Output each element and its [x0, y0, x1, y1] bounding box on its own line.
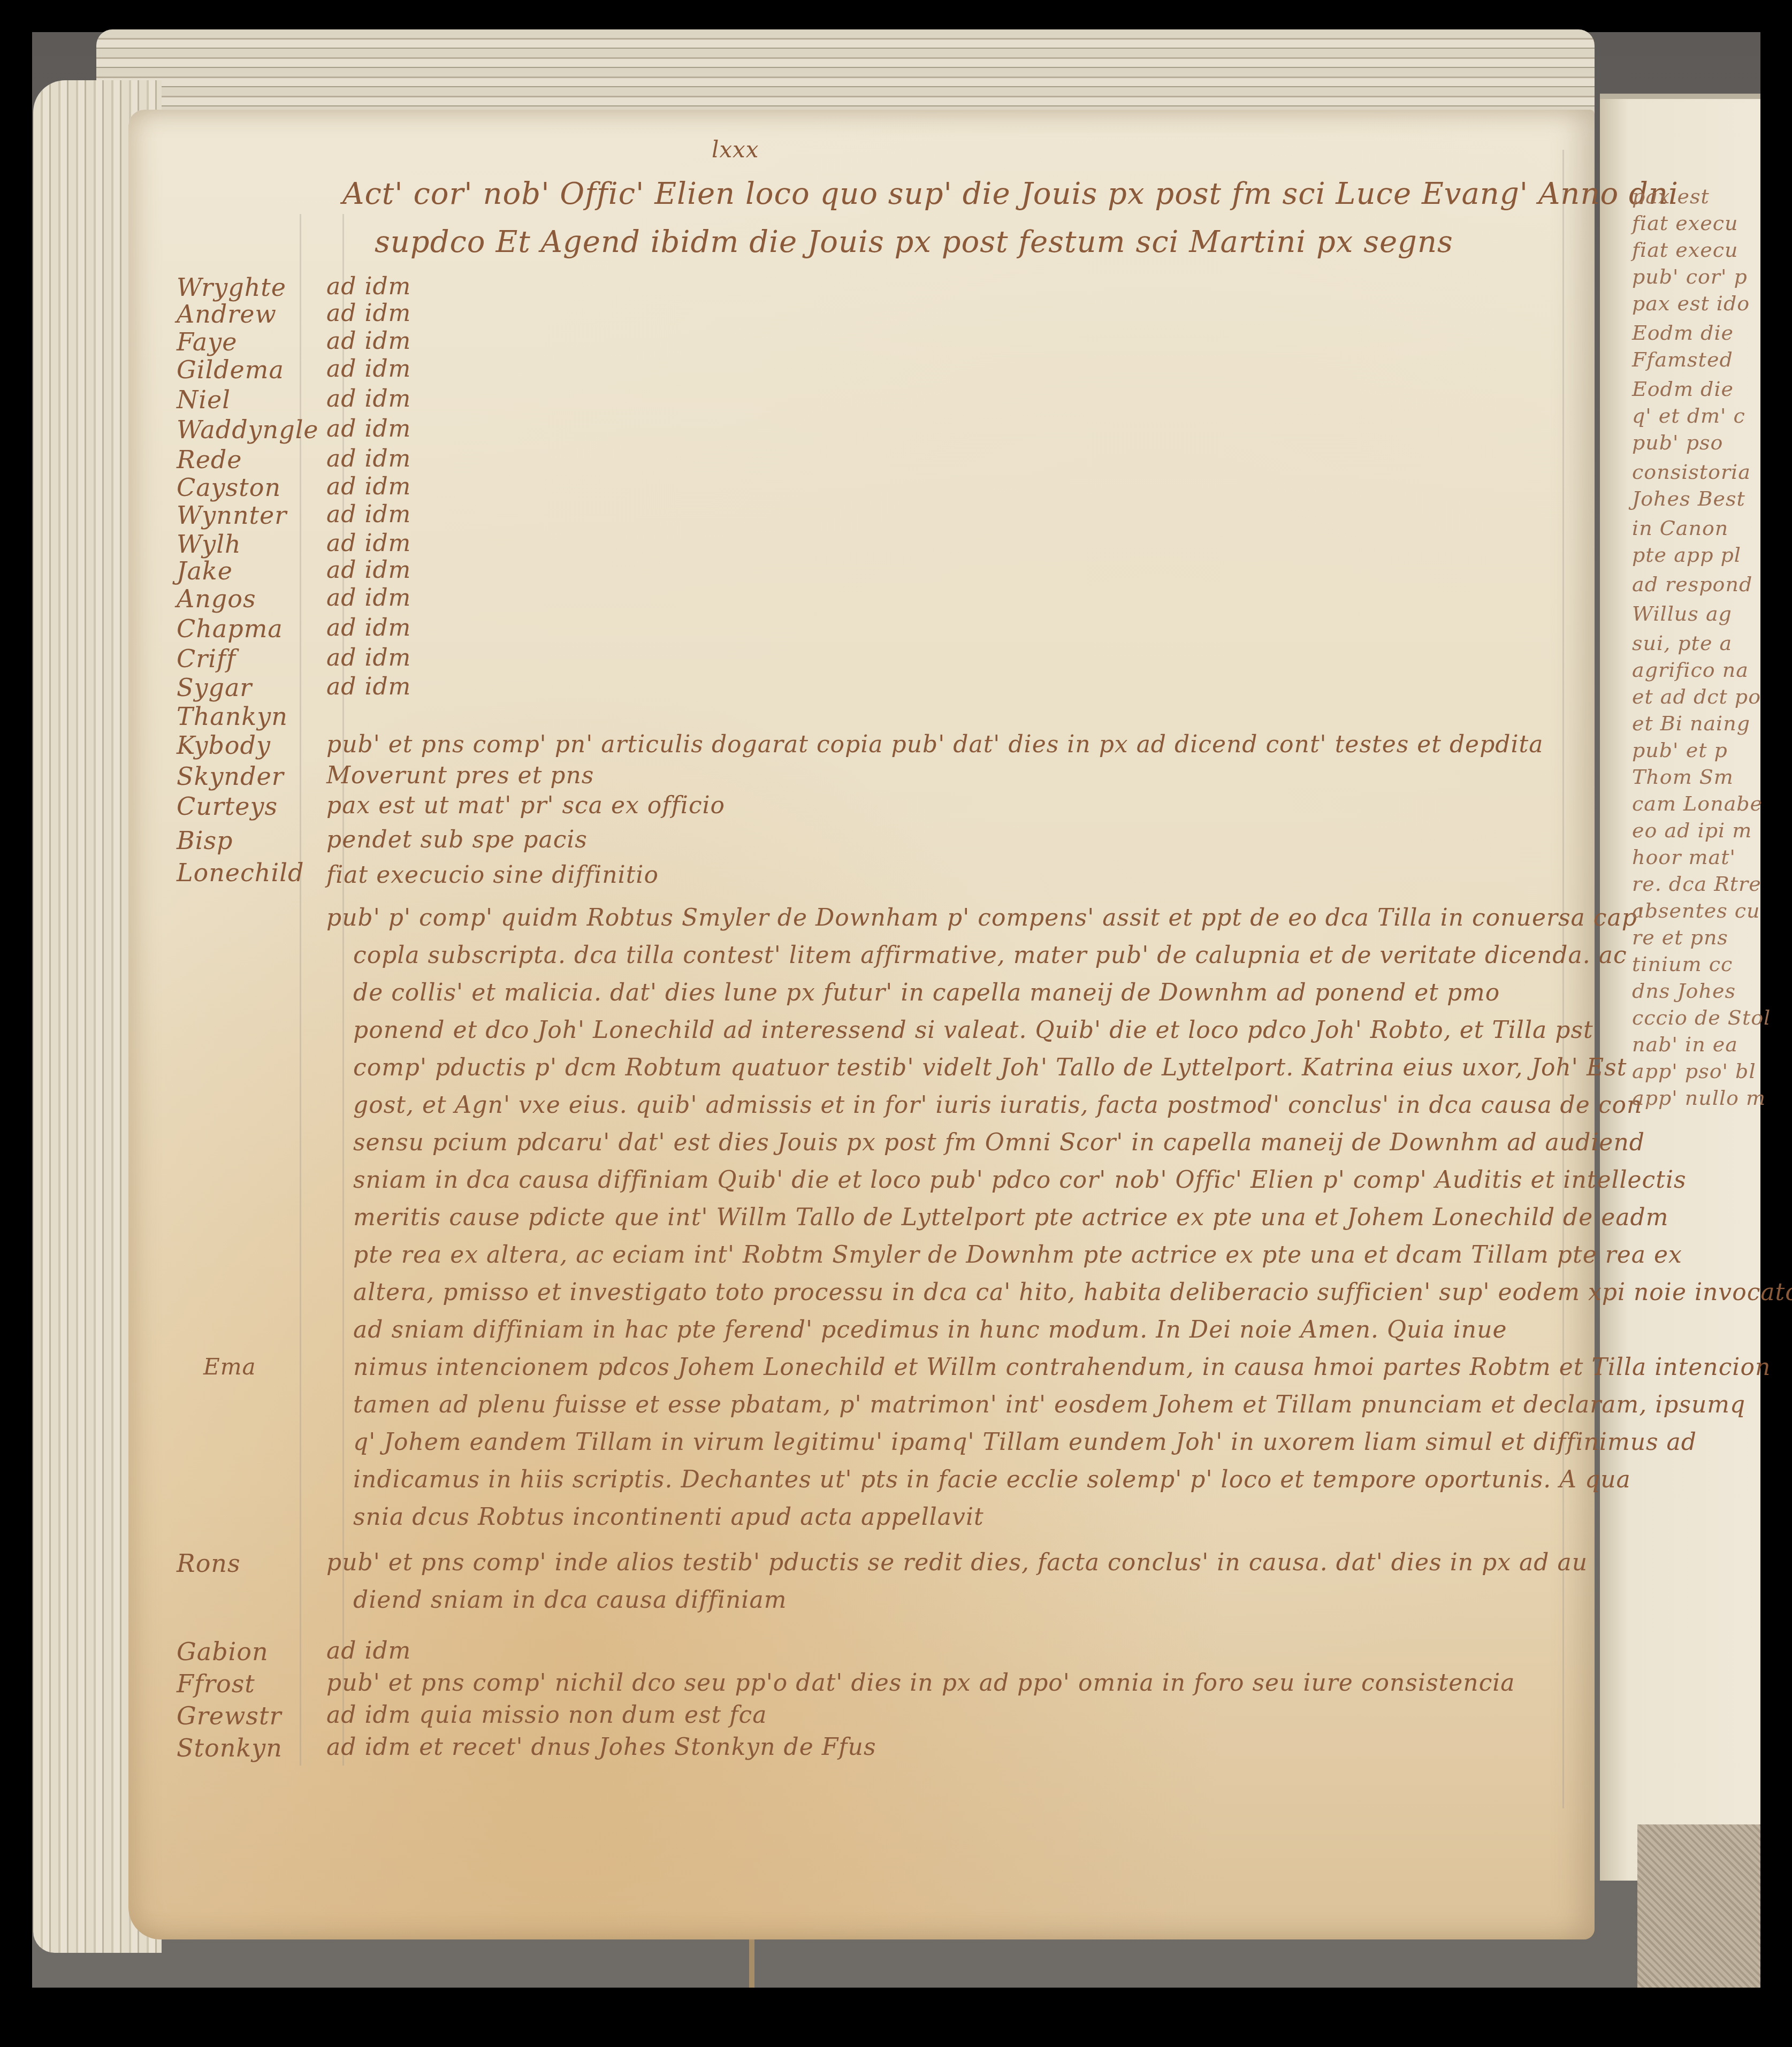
folio-number: lxxx — [712, 136, 759, 163]
paragraph-line: nimus intencionem pdcos Johem Lonechild … — [353, 1354, 1771, 1381]
heading-line-1: Act' cor' nob' Offic' Elien loco quo sup… — [342, 177, 1679, 211]
verso-line: pub' cor' p — [1632, 265, 1748, 288]
margin-name: Chapma — [177, 614, 283, 643]
paragraph-line: tamen ad plenu fuisse et esse pbatam, p'… — [353, 1391, 1745, 1418]
margin-name: Wylh — [177, 530, 241, 559]
verso-line: ad respond — [1632, 572, 1752, 596]
entry: ad idm — [326, 273, 411, 300]
verso-line: app' nullo m — [1632, 1086, 1766, 1110]
entry: ad idm — [326, 355, 411, 383]
verso-line: Eodm die — [1632, 377, 1734, 401]
paragraph-line: pte rea ex altera, ac eciam int' Robtm S… — [353, 1241, 1682, 1269]
paragraph-line: indicamus in hiis scriptis. Dechantes ut… — [353, 1466, 1631, 1493]
entry: Moverunt pres et pns — [326, 762, 594, 789]
paragraph-line: snia dcus Robtus incontinenti apud acta … — [353, 1503, 984, 1531]
margin-name: Waddyngle — [177, 415, 319, 444]
verso-line: app' pso' bl — [1632, 1059, 1756, 1083]
paragraph-line: meritis cause pdicte que int' Willm Tall… — [353, 1204, 1668, 1231]
binding-cloth — [1637, 1824, 1760, 1988]
entry: ad idm — [326, 530, 411, 557]
margin-name: Gabion — [177, 1637, 269, 1666]
paragraph-line: sensu pcium pdcaru' dat' est dies Jouis … — [353, 1129, 1645, 1156]
verso-line: pax est ido — [1632, 292, 1750, 315]
margin-name: Ffrost — [177, 1669, 255, 1698]
verso-line: agrifico na — [1632, 658, 1749, 682]
paragraph-line: gost, et Agn' vxe eius. quib' admissis e… — [353, 1091, 1642, 1119]
entry: ad idm — [326, 445, 411, 472]
entry: pub' et pns comp' inde alios testib' pdu… — [326, 1549, 1588, 1576]
margin-name: Skynder — [177, 762, 284, 791]
margin-name: Niel — [177, 385, 231, 414]
verso-line: sui, pte a — [1632, 631, 1732, 655]
margin-name: Criff — [177, 644, 236, 673]
entry: ad idm et recet' dnus Johes Stonkyn de F… — [326, 1733, 876, 1761]
entry: diend sniam in dca causa diffiniam — [353, 1586, 787, 1614]
margin-name: Jake — [177, 556, 233, 585]
margin-name: Wynnter — [177, 501, 287, 530]
entry: pendet sub spe pacis — [326, 826, 588, 853]
ruling-line — [300, 214, 301, 1766]
verso-line: consistoria — [1632, 460, 1751, 484]
entry: ad idm — [326, 614, 411, 641]
entry: ad idm — [326, 300, 411, 327]
verso-line: pub' et p — [1632, 738, 1728, 762]
verso-line: Ffamsted — [1632, 348, 1733, 371]
verso-line: re. dca Rtre — [1632, 872, 1762, 896]
verso-line: pub' pso — [1632, 431, 1723, 454]
entry: pub' et pns comp' pn' articulis dogarat … — [326, 731, 1543, 758]
entry: ad idm — [326, 1637, 411, 1664]
verso-line: Thom Sm — [1632, 765, 1734, 789]
verso-line: fiat execu — [1632, 211, 1738, 235]
margin-name: Gildema — [177, 355, 284, 384]
margin-name: Stonkyn — [177, 1733, 283, 1762]
verso-line: pte app pl — [1632, 543, 1741, 567]
margin-name: Grewstr — [177, 1701, 281, 1730]
entry: ad idm — [326, 473, 411, 500]
entry: ad idm — [326, 385, 411, 413]
paragraph-line: ad sniam diffiniam in hac pte ferend' pc… — [353, 1316, 1507, 1343]
heading-line-2: supdco Et Agend ibidm die Jouis px post … — [375, 225, 1453, 259]
verso-line: q' et dm' c — [1632, 404, 1745, 427]
paragraph-line: pub' p' comp' quidm Robtus Smyler de Dow… — [326, 904, 1644, 931]
margin-name: Curteys — [177, 792, 278, 821]
entry: ad idm — [326, 673, 411, 700]
verso-line: cam Lonabe — [1632, 792, 1763, 815]
margin-name: Rede — [177, 445, 242, 474]
verso-line: tinium cc — [1632, 952, 1733, 976]
margin-name: Rons — [177, 1549, 241, 1578]
margin-name: Faye — [177, 327, 237, 356]
entry: ad idm — [326, 415, 411, 442]
verso-line: hoor mat' — [1632, 845, 1736, 869]
margin-name: Andrew — [177, 300, 277, 329]
margin-name: Lonechild — [177, 858, 304, 887]
verso-line: et ad dct po — [1632, 685, 1761, 708]
verso-line: in Canon — [1632, 516, 1728, 540]
verso-line: eo ad ipi m — [1632, 819, 1752, 842]
verso-line: Willus ag — [1632, 602, 1732, 625]
verso-line: dns Johes — [1632, 979, 1736, 1003]
entry: ad idm — [326, 501, 411, 528]
verso-line: absentes cu — [1632, 899, 1760, 922]
entry: ad idm quia missio non dum est fca — [326, 1701, 767, 1729]
paragraph-line: sniam in dca causa diffiniam Quib' die e… — [353, 1166, 1687, 1194]
paragraph-line: q' Johem eandem Tillam in virum legitimu… — [353, 1429, 1697, 1456]
verso-line: Johes Best — [1632, 487, 1745, 510]
entry: ad idm — [326, 327, 411, 355]
entry: ad idm — [326, 644, 411, 671]
margin-name: Wryghte — [177, 273, 286, 302]
margin-name: Cayston — [177, 473, 281, 502]
paragraph-line: comp' pductis p' dcm Robtum quatuor test… — [353, 1054, 1627, 1081]
verso-line: et Bi naing — [1632, 712, 1750, 735]
entry: ad idm — [326, 584, 411, 612]
entry: pax est ut mat' pr' sca ex officio — [326, 792, 725, 819]
margin-name: Kybody — [177, 731, 271, 760]
paragraph-line: de collis' et malicia. dat' dies lune px… — [353, 979, 1500, 1006]
margin-name: Thankyn — [177, 702, 288, 731]
verso-line: pax est — [1632, 185, 1710, 208]
paragraph-line: altera, pmisso et investigato toto proce… — [353, 1279, 1792, 1306]
verso-line: cccio de Stol — [1632, 1006, 1771, 1029]
verso-line: fiat execu — [1632, 238, 1738, 262]
margin-name: Angos — [177, 584, 256, 613]
verso-line: re et pns — [1632, 926, 1728, 949]
verso-line: nab' in ea — [1632, 1033, 1738, 1056]
entry: pub' et pns comp' nichil dco seu pp'o da… — [326, 1669, 1515, 1697]
entry: fiat execucio sine diffinitio — [326, 861, 659, 889]
margin-name: Bisp — [177, 826, 233, 855]
margin-note: Ema — [203, 1354, 256, 1380]
paragraph-line: copla subscripta. dca tilla contest' lit… — [353, 942, 1627, 969]
margin-name: Sygar — [177, 673, 252, 702]
verso-line: Eodm die — [1632, 321, 1734, 345]
paragraph-line: ponend et dco Joh' Lonechild ad interess… — [353, 1017, 1593, 1044]
entry: ad idm — [326, 556, 411, 584]
